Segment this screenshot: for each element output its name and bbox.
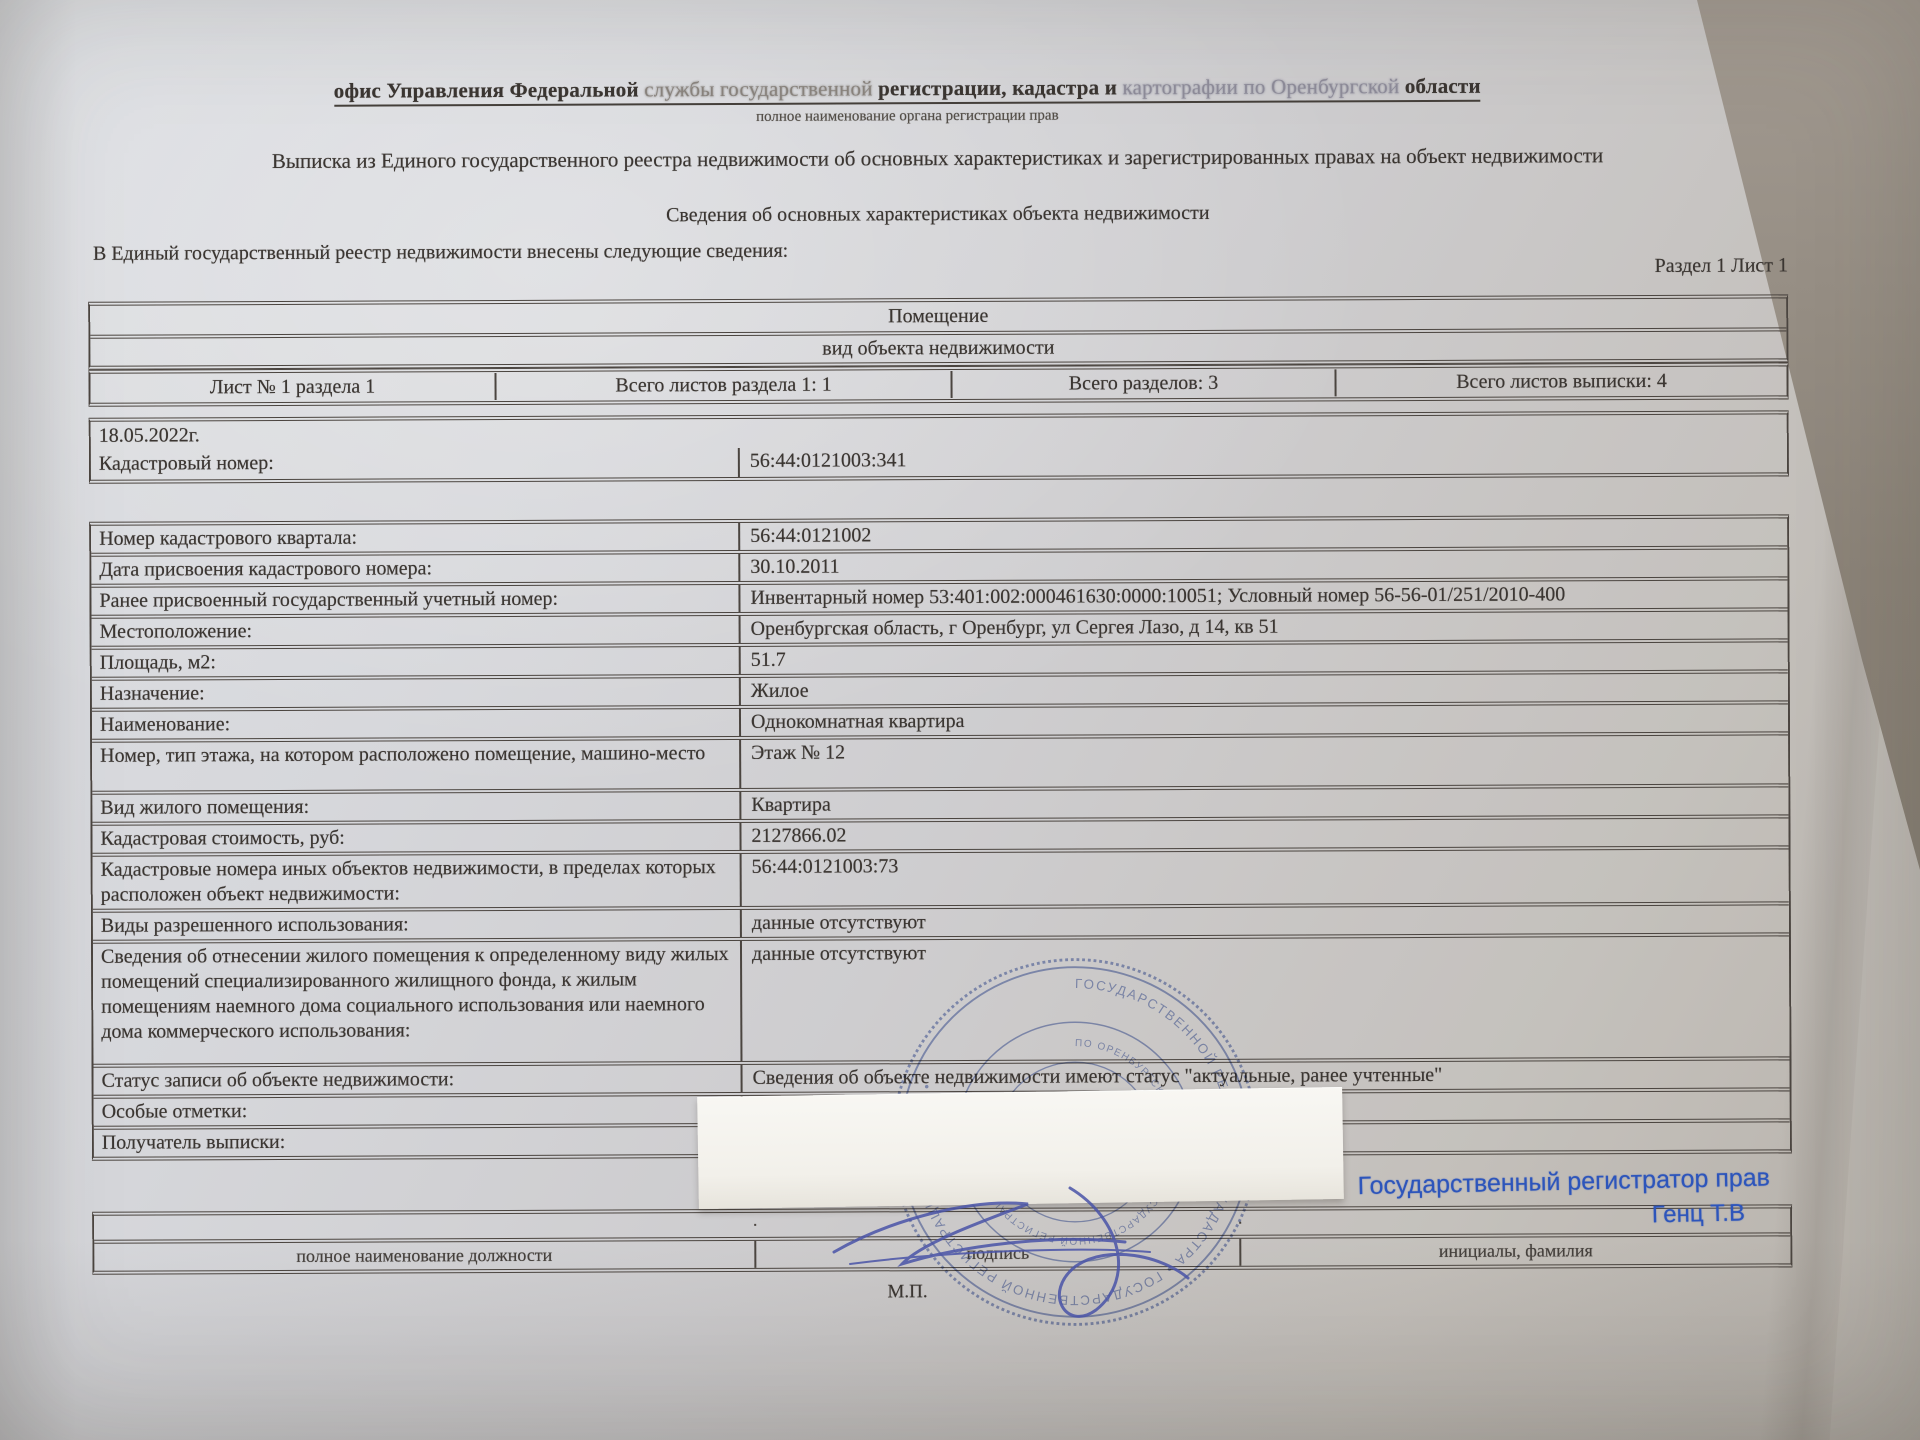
sheet-cell-1: Лист № 1 раздела 1 — [90, 373, 496, 402]
cadastral-value: 56:44:0121003:341 — [740, 443, 1787, 477]
org-name-underlined: офис Управления Федеральной службы госуд… — [334, 74, 1481, 107]
row-label: Назначение: — [92, 678, 741, 708]
section-page-label: Раздел 1 Лист 1 — [1498, 254, 1788, 278]
row-value: Квартира — [741, 787, 1788, 819]
row-label: Номер кадастрового квартала: — [91, 523, 740, 553]
sheet-cell-4: Всего листов выписки: 4 — [1336, 367, 1786, 396]
intro-line: В Единый государственный реестр недвижим… — [93, 240, 788, 266]
object-kind-value: Помещение — [880, 303, 996, 331]
org-seg-2: службы государственной — [644, 76, 878, 101]
position-cell — [94, 1224, 756, 1229]
row-value: 56:44:0121002 — [740, 518, 1787, 550]
row-value: Жилое — [741, 673, 1788, 705]
table-row: Кадастровые номера иных объектов недвижи… — [93, 845, 1789, 908]
row-value: Оренбургская область, г Оренбург, ул Сер… — [741, 611, 1788, 643]
org-caption: полное наименование органа регистрации п… — [0, 104, 1817, 129]
row-label: Ранее присвоенный государственный учетны… — [91, 585, 740, 615]
row-value: Однокомнатная квартира — [741, 704, 1788, 736]
doc-title: Выписка из Единого государственного реес… — [58, 142, 1818, 175]
row-label: Наименование: — [92, 709, 741, 739]
org-seg-4: картографии по Оренбургской — [1122, 74, 1404, 99]
row-value: 30.10.2011 — [740, 549, 1787, 581]
table-row: Номер, тип этажа, на котором расположено… — [92, 731, 1788, 790]
org-name-line: офис Управления Федеральной службы госуд… — [0, 72, 1817, 108]
org-seg-3: регистрации, кадастра и — [878, 75, 1122, 100]
org-seg-5: области — [1405, 74, 1481, 98]
object-kind-table: Помещение вид объекта недвижимости — [88, 294, 1788, 369]
object-kind-caption: вид объекта недвижимости — [814, 335, 1062, 363]
object-kind-caption-row: вид объекта недвижимости — [90, 327, 1786, 365]
cadastral-label: Кадастровый номер: — [91, 448, 740, 480]
row-value: данные отсутствуют — [742, 905, 1789, 937]
row-value: Инвентарный номер 53:401:002:000461630:0… — [740, 580, 1787, 612]
name-caption: инициалы, фамилия — [1241, 1236, 1790, 1265]
position-caption: полное наименование должности — [94, 1241, 756, 1271]
sheet-cell-2: Всего листов раздела 1: 1 — [496, 371, 952, 400]
row-value: 2127866.02 — [741, 818, 1788, 850]
row-label: Местоположение: — [92, 616, 741, 646]
row-label: Площадь, м2: — [92, 647, 741, 677]
sheet-info-row: Лист № 1 раздела 1 Всего листов раздела … — [90, 366, 1786, 402]
sheet-info-table: Лист № 1 раздела 1 Всего листов раздела … — [88, 362, 1788, 406]
row-label: Вид жилого помещения: — [92, 792, 741, 822]
row-label: Получатель выписки: — [94, 1127, 743, 1157]
cadastral-row: Кадастровый номер: 56:44:0121003:341 — [91, 443, 1787, 479]
row-label: Особые отметки: — [94, 1096, 743, 1126]
doc-subtitle: Сведения об основных характеристиках объ… — [58, 199, 1818, 230]
document-photo: офис Управления Федеральной службы госуд… — [0, 0, 1920, 1440]
row-value: 51.7 — [741, 642, 1788, 674]
row-label: Виды разрешенного использования: — [93, 910, 742, 940]
row-label: Кадастровая стоимость, руб: — [92, 823, 741, 853]
date-cadastral-table: 18.05.2022г. Кадастровый номер: 56:44:01… — [89, 410, 1789, 483]
org-seg-1: офис Управления Федеральной — [334, 77, 645, 102]
sheet-cell-3: Всего разделов: 3 — [952, 369, 1336, 398]
row-label: Номер, тип этажа, на котором расположено… — [92, 740, 741, 791]
row-value: Этаж № 12 — [741, 735, 1788, 788]
extract-date: 18.05.2022г. — [91, 422, 208, 450]
row-label: Кадастровые номера иных объектов недвижи… — [93, 854, 742, 909]
row-value: 56:44:0121003:73 — [742, 849, 1789, 906]
row-label: Статус записи об объекте недвижимости: — [94, 1065, 743, 1095]
row-label: Дата присвоения кадастрового номера: — [91, 554, 740, 584]
row-label: Сведения об отнесении жилого помещения к… — [93, 941, 743, 1064]
